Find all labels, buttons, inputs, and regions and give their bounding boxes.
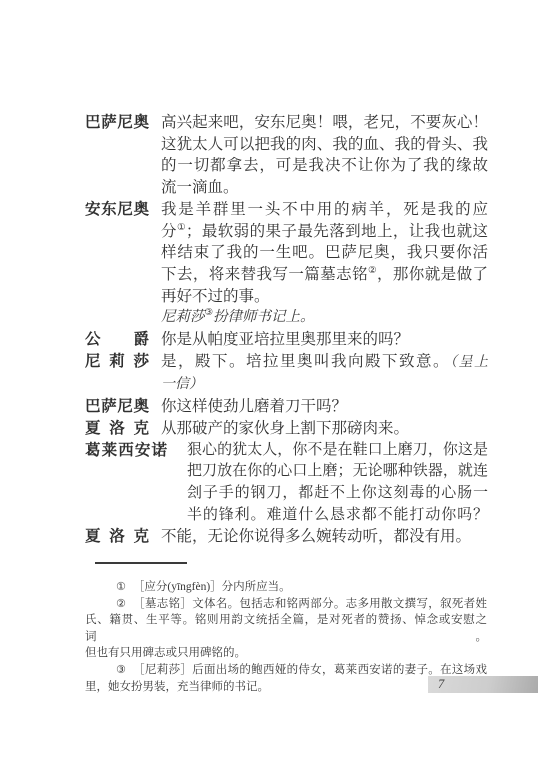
page-number: 7: [428, 677, 444, 692]
speech-text: 不能，无论你说得多么婉转动听，都没有用。: [161, 526, 488, 548]
dialogue-entry: 尼莉莎 是，殿下。培拉里奥叫我向殿下致意。（呈上 一信）: [85, 351, 488, 396]
dialogue-entry: 夏洛克 不能，无论你说得多么婉转动听，都没有用。: [85, 526, 488, 548]
speaker-name: 夏洛克: [85, 526, 149, 548]
speaker-name: 巴萨尼奥: [85, 112, 149, 134]
footnote-ref-1: ①: [177, 221, 186, 232]
dialogue-line: 半的锋利。难道什么恳求都不能打动你吗？: [187, 505, 488, 527]
footnotes-block: ①［应分(yīngfèn)］分内所应当。 ②［墓志铭］文体名。包括志和铭两部分。…: [85, 579, 487, 695]
dialogue-line: 你是从帕度亚培拉里奥那里来的吗？: [161, 329, 488, 351]
footnote-line: 里，她女扮男装，充当律师的书记。: [85, 679, 487, 696]
dialogue-line: 刽子手的钢刀，都赶不上你这刻毒的心肠一: [187, 483, 488, 505]
dialogue-entry: 夏洛克 从那破产的家伙身上割下那磅肉来。: [85, 418, 488, 440]
dialogue-line: 分①；最软弱的果子最先落到地上，让我也就这: [161, 221, 488, 243]
dialogue-text: 是，殿下。培拉里奥叫我向殿下致意。: [161, 353, 450, 370]
footnote-item: ①［应分(yīngfèn)］分内所应当。: [85, 579, 487, 596]
speech-text: 狠心的犹太人，你不是在鞋口上磨刀，你这是 把刀放在你的心口上磨；无论哪种铁器，就…: [187, 440, 488, 527]
speaker-name: 公爵: [85, 329, 149, 351]
stage-direction: 尼莉莎③扮律师书记上。: [161, 307, 488, 329]
dialogue-line: 不能，无论你说得多么婉转动听，都没有用。: [161, 526, 488, 548]
speaker-name: 尼莉莎: [85, 351, 149, 373]
dialogue-line: 从那破产的家伙身上割下那磅肉来。: [161, 418, 488, 440]
dialogue-line: 你这样使劲儿磨着刀干吗？: [161, 396, 488, 418]
footnote-marker-2: ②: [116, 597, 126, 610]
speech-text: 从那破产的家伙身上割下那磅肉来。: [161, 418, 488, 440]
script-text-block: 巴萨尼奥 高兴起来吧，安东尼奥！喂，老兄，不要灰心！ 这犹太人可以把我的肉、我的…: [85, 112, 488, 548]
dialogue-text: ；最软弱的果子最先落到地上，让我也就这: [186, 223, 488, 240]
dialogue-line: 这犹太人可以把我的肉、我的血、我的骨头、我: [161, 134, 488, 156]
stage-inline-text: 一信）: [161, 377, 203, 392]
dialogue-line: 样结束了我的一生吧。巴萨尼奥，我只要你活: [161, 242, 488, 264]
dialogue-entry: 安东尼奥 我是羊群里一头不中用的病羊，死是我的应 分①；最软弱的果子最先落到地上…: [85, 199, 488, 308]
dialogue-entry: 葛莱西安诺 狠心的犹太人，你不是在鞋口上磨刀，你这是 把刀放在你的心口上磨；无论…: [85, 440, 488, 527]
dialogue-entry: 公爵 你是从帕度亚培拉里奥那里来的吗？: [85, 329, 488, 351]
speech-text: 你是从帕度亚培拉里奥那里来的吗？: [161, 329, 488, 351]
dialogue-line: 把刀放在你的心口上磨；无论哪种铁器，就连: [187, 461, 488, 483]
footnote-marker-1: ①: [116, 580, 126, 593]
speech-text: 是，殿下。培拉里奥叫我向殿下致意。（呈上 一信）: [161, 351, 488, 396]
dialogue-line: 再好不过的事。: [161, 286, 488, 308]
page-number-bar: 7: [428, 676, 538, 693]
dialogue-entry: 巴萨尼奥 你这样使劲儿磨着刀干吗？: [85, 396, 488, 418]
dialogue-line: 高兴起来吧，安东尼奥！喂，老兄，不要灰心！: [161, 112, 488, 134]
speech-text: 高兴起来吧，安东尼奥！喂，老兄，不要灰心！ 这犹太人可以把我的肉、我的血、我的骨…: [161, 112, 488, 199]
speaker-name: 安东尼奥: [85, 199, 149, 221]
dialogue-entry: 巴萨尼奥 高兴起来吧，安东尼奥！喂，老兄，不要灰心！ 这犹太人可以把我的肉、我的…: [85, 112, 488, 199]
dialogue-text: ，那你就是做了: [377, 266, 488, 283]
footnote-ref-3: ③: [205, 308, 214, 319]
dialogue-line: 一信）: [161, 373, 488, 396]
speech-text: 我是羊群里一头不中用的病羊，死是我的应 分①；最软弱的果子最先落到地上，让我也就…: [161, 199, 488, 308]
speech-text: 你这样使劲儿磨着刀干吗？: [161, 396, 488, 418]
dialogue-line: 下去，将来替我写一篇墓志铭②，那你就是做了: [161, 264, 488, 286]
footnote-divider: [95, 562, 187, 564]
footnote-line: ③［尼莉莎］后面出场的鲍西娅的侍女，葛莱西安诺的妻子。在这场戏: [85, 662, 487, 679]
footnote-item: ②［墓志铭］文体名。包括志和铭两部分。志多用散文撰写，叙死者姓 氏、籍贯、生平等…: [85, 596, 487, 662]
footnote-text: ［尼莉莎］后面出场的鲍西娅的侍女，葛莱西安诺的妻子。在这场戏: [133, 664, 487, 676]
footnote-marker-3: ③: [116, 663, 126, 676]
dialogue-line: 是，殿下。培拉里奥叫我向殿下致意。（呈上: [161, 351, 488, 374]
stage-inline-text: （呈上: [450, 355, 488, 370]
footnote-text: ［应分(yīngfèn)］分内所应当。: [133, 581, 291, 593]
speaker-name: 夏洛克: [85, 418, 149, 440]
footnote-line: ②［墓志铭］文体名。包括志和铭两部分。志多用散文撰写，叙死者姓: [85, 596, 487, 613]
footnote-ref-2: ②: [368, 265, 377, 276]
footnote-line: ①［应分(yīngfèn)］分内所应当。: [85, 579, 487, 596]
speaker-name: 葛莱西安诺: [85, 440, 167, 462]
dialogue-line: 狠心的犹太人，你不是在鞋口上磨刀，你这是: [187, 440, 488, 462]
dialogue-text: 下去，将来替我写一篇墓志铭: [161, 266, 368, 283]
footnote-text: ［墓志铭］文体名。包括志和铭两部分。志多用散文撰写，叙死者姓: [133, 598, 487, 610]
footnote-line: 但也有只用碑志或只用碑铭的。: [85, 645, 487, 662]
dialogue-line: 流一滴血。: [161, 177, 488, 199]
footnote-item: ③［尼莉莎］后面出场的鲍西娅的侍女，葛莱西安诺的妻子。在这场戏 里，她女扮男装，…: [85, 662, 487, 695]
footnote-line: 氏、籍贯、生平等。铭则用韵文统括全篇，是对死者的赞扬、悼念或安慰之词。: [85, 612, 487, 645]
dialogue-line: 的一切都拿去，可是我决不让你为了我的缘故: [161, 155, 488, 177]
stage-text: 尼莉莎: [161, 309, 205, 325]
dialogue-text: 分: [161, 223, 177, 240]
speaker-name: 巴萨尼奥: [85, 396, 149, 418]
dialogue-line: 我是羊群里一头不中用的病羊，死是我的应: [161, 199, 488, 221]
stage-text: 扮律师书记上。: [213, 309, 315, 325]
